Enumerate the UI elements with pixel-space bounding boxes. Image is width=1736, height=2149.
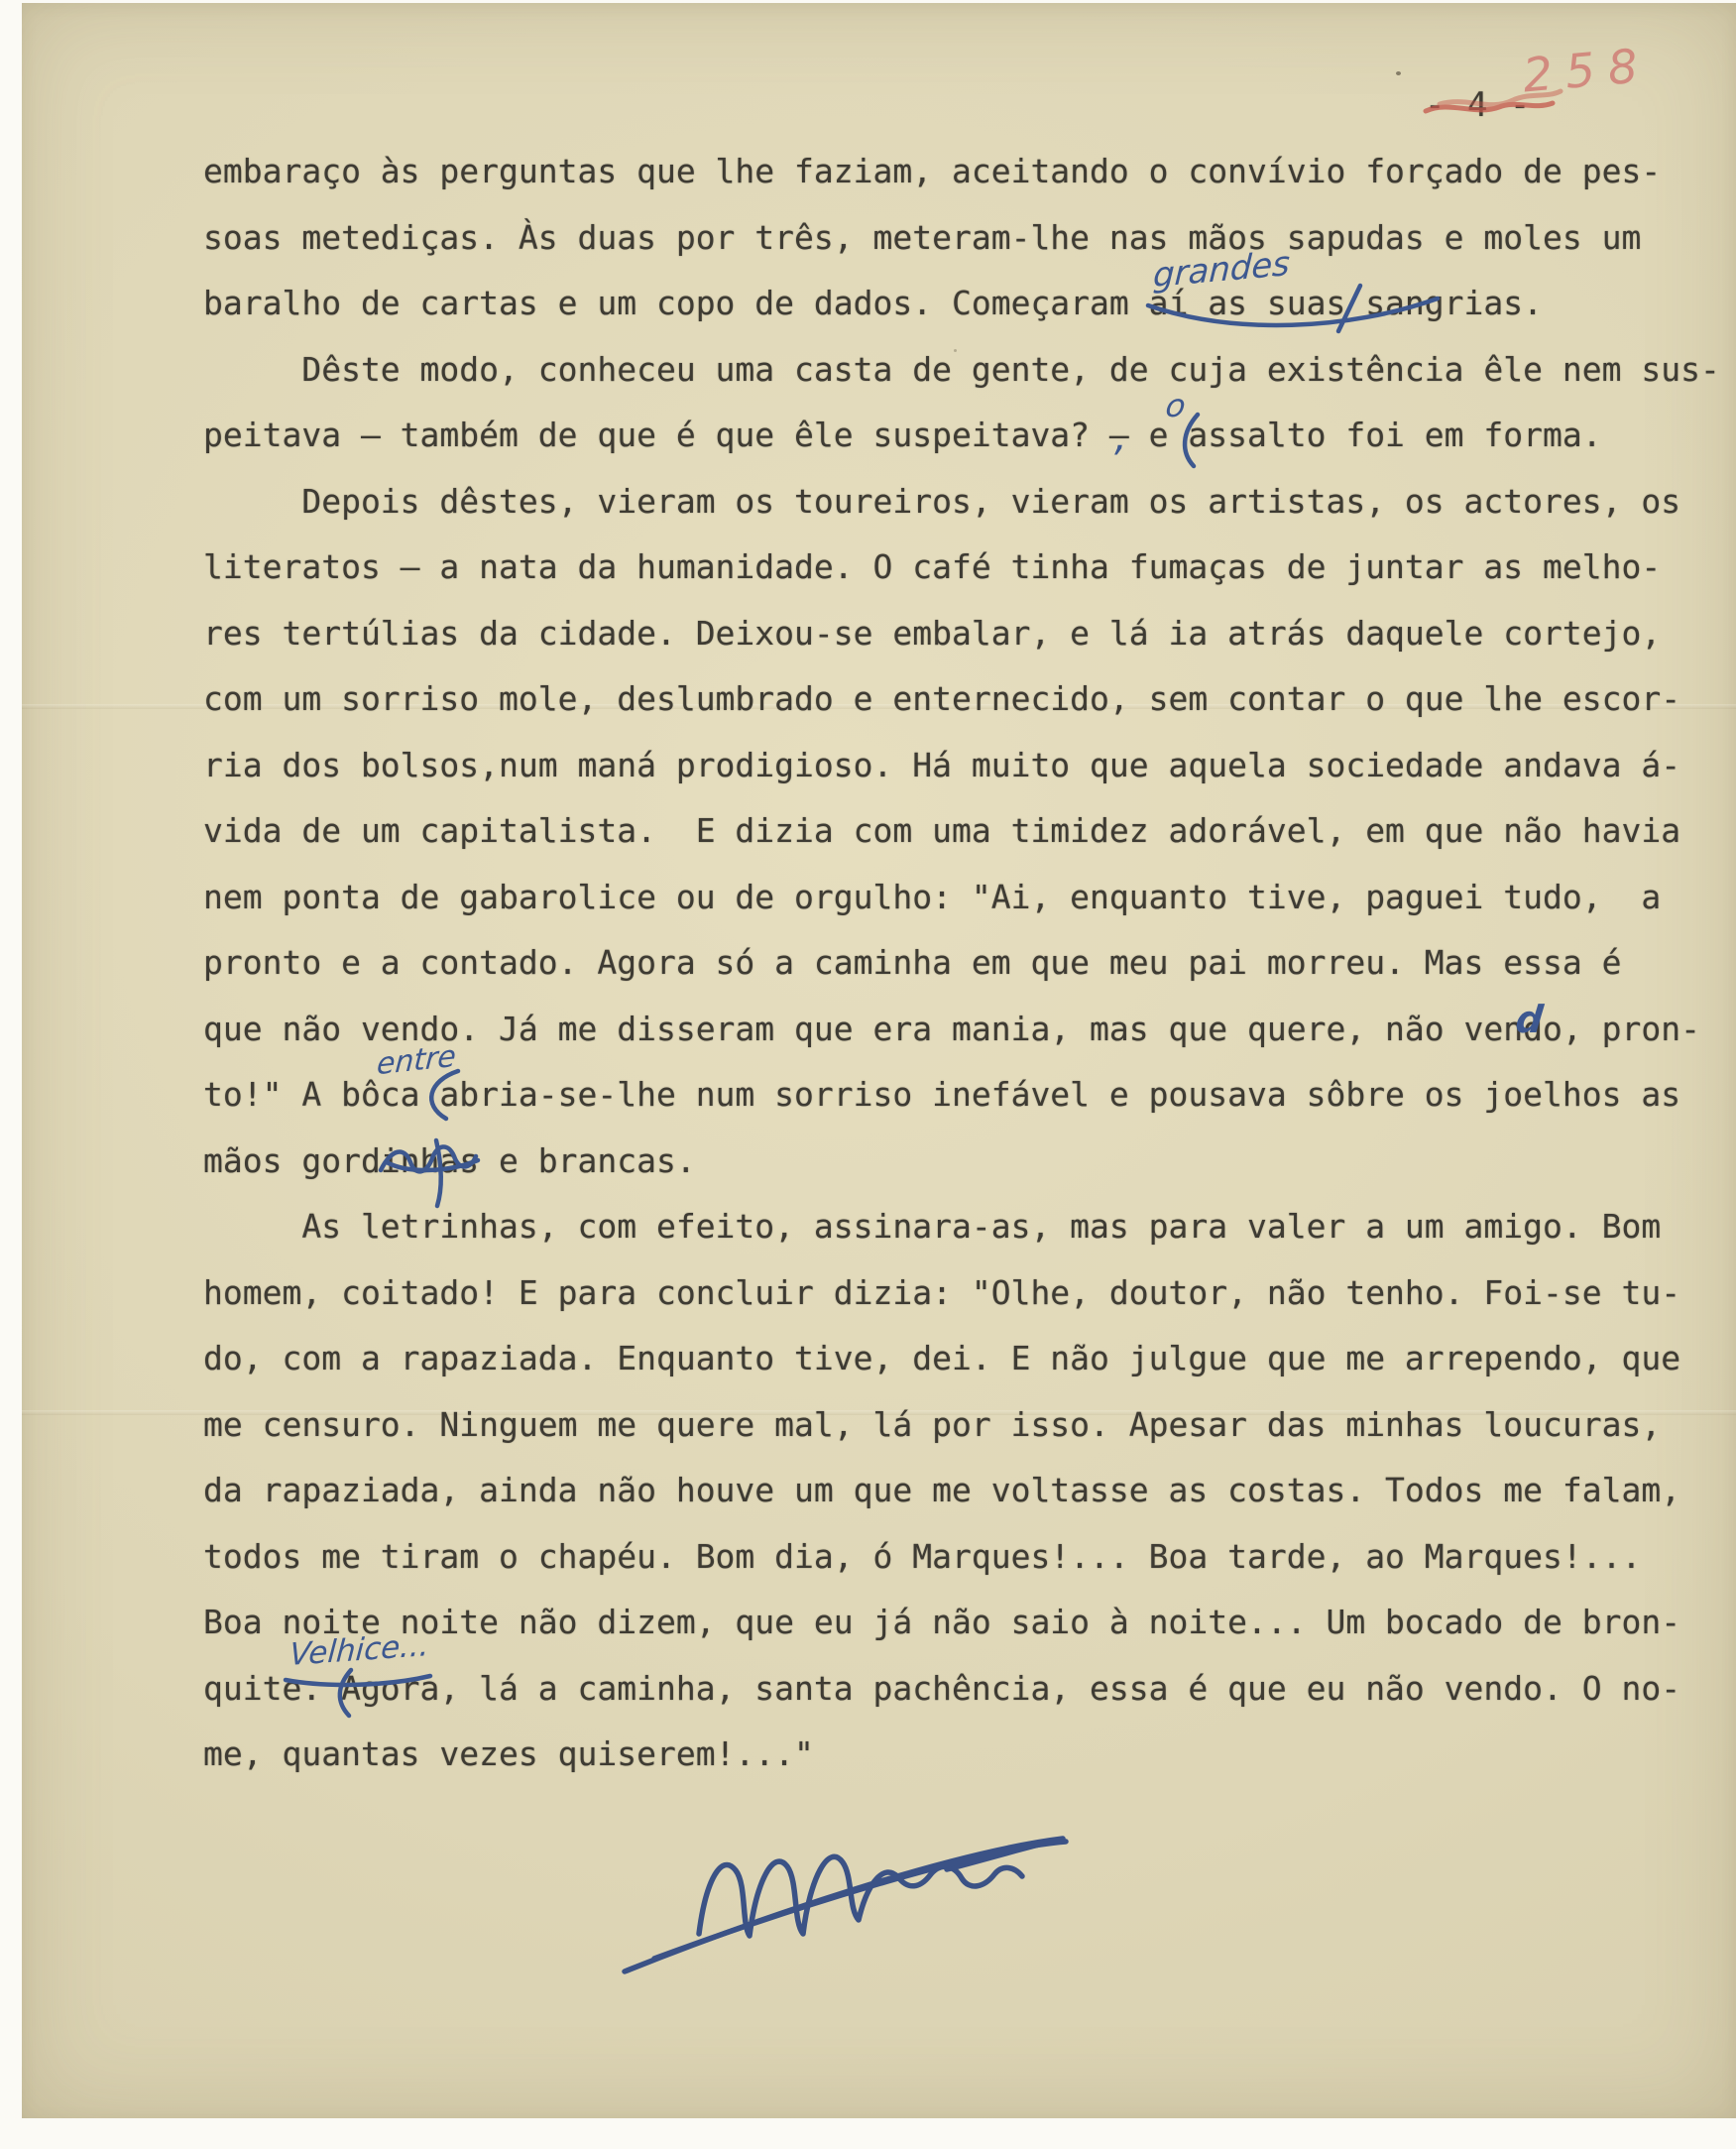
scribble-strikeout [436,1140,441,1206]
signature-tail [625,1839,1063,1971]
underline-velhice [286,1676,430,1685]
ink-strokes-overlay [0,0,1736,2149]
document-page: - 4 - 258 embaraço às perguntas que lhe … [0,0,1736,2149]
red-strikethrough [1440,91,1561,105]
insertion-paren-agora [340,1670,351,1716]
signature-tail [654,1842,1066,1959]
insertion-paren-abria [431,1071,458,1119]
insertion-swoosh-grandes [1148,298,1438,325]
insertion-slash [1338,286,1360,331]
insertion-paren-assalto [1185,415,1198,466]
